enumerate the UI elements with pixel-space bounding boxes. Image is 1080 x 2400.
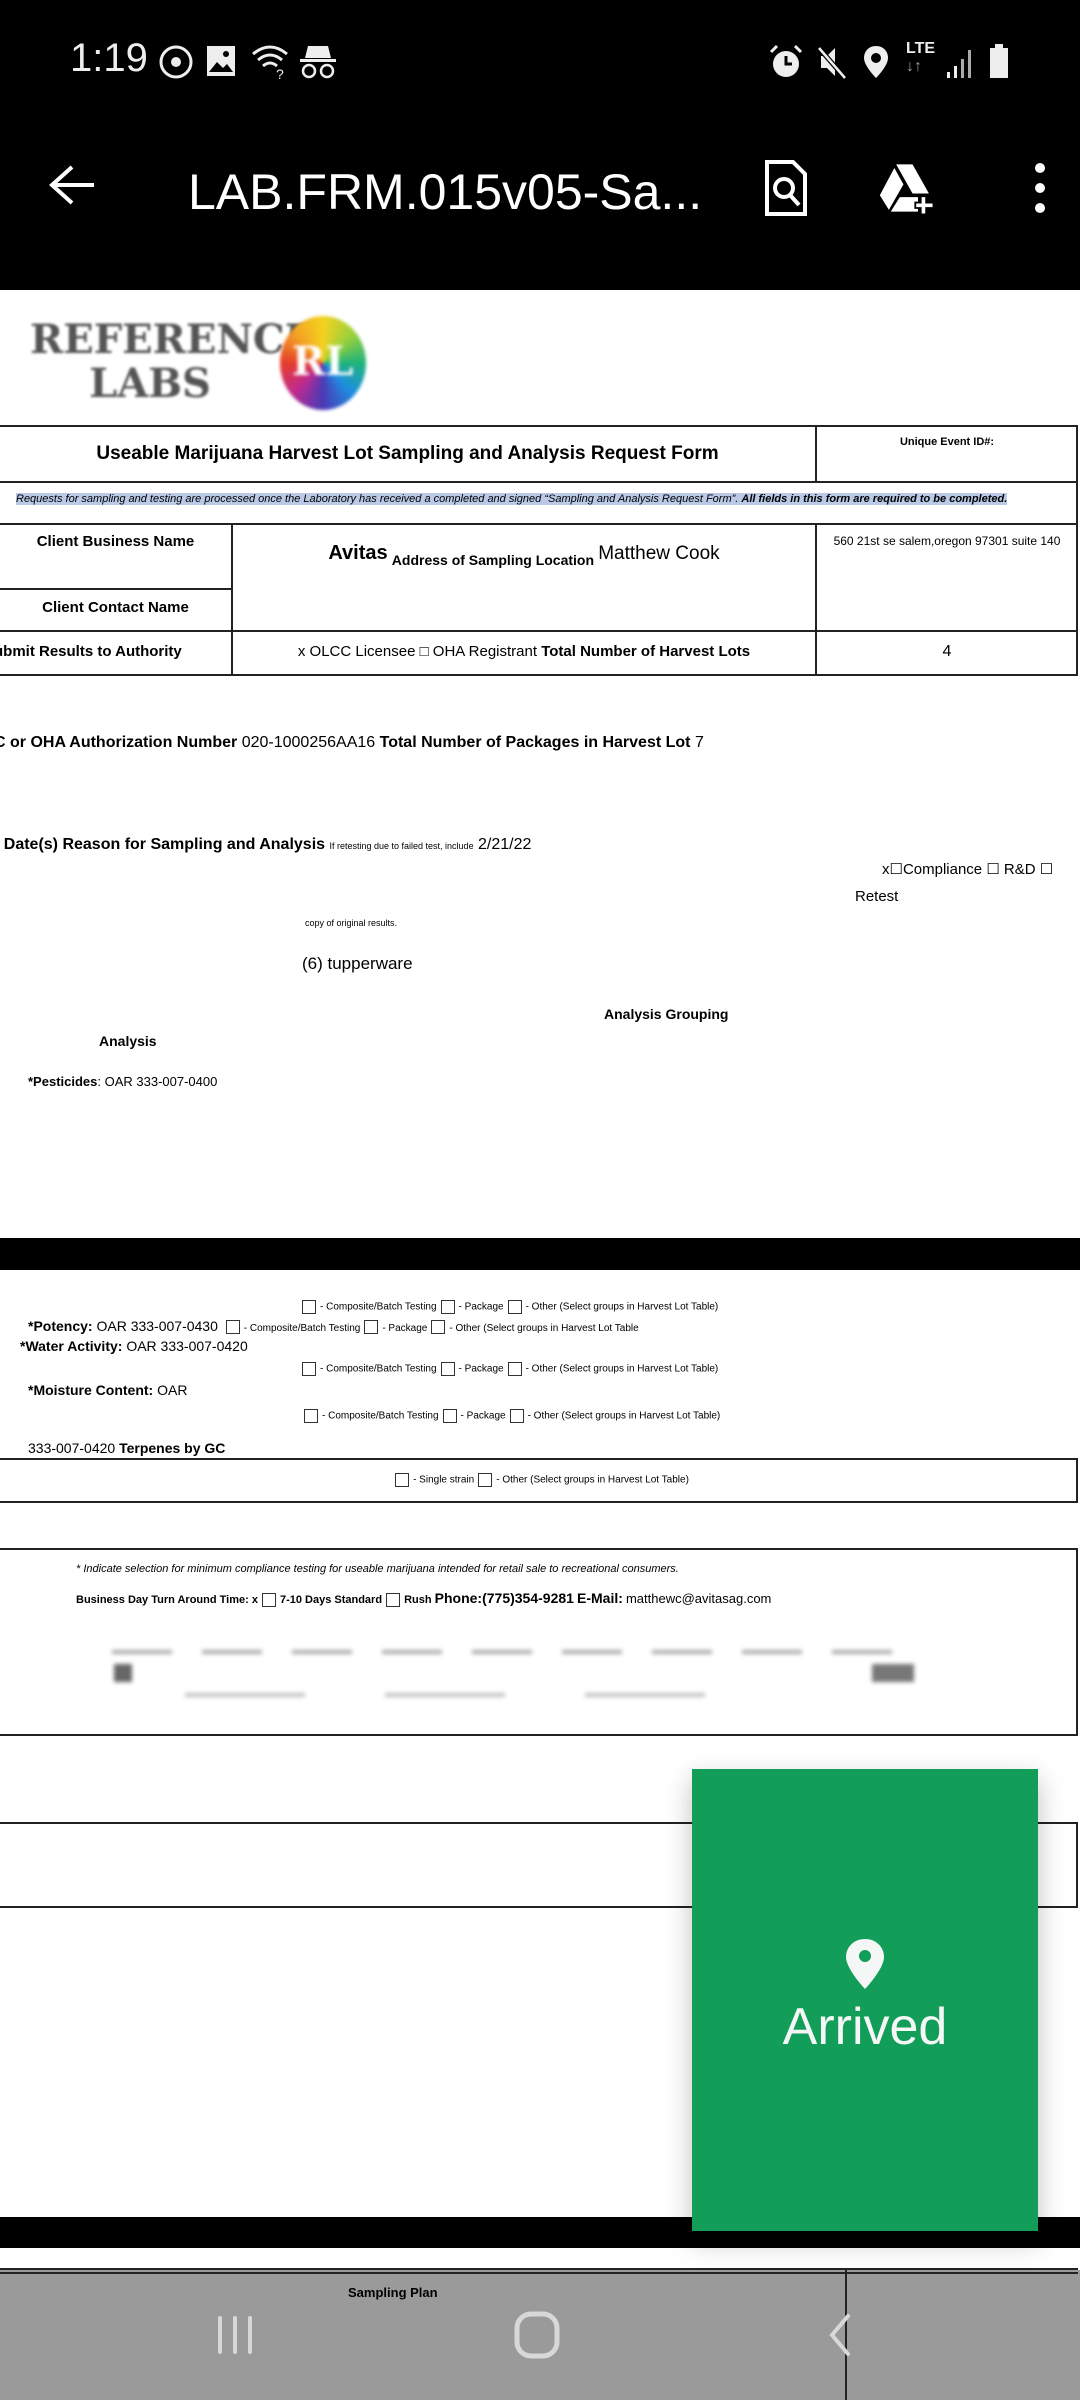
image-icon bbox=[205, 44, 237, 78]
find-in-document-icon[interactable] bbox=[756, 158, 816, 218]
footnote-box bbox=[0, 1548, 1078, 1736]
compliance-footnote: * Indicate selection for minimum complia… bbox=[76, 1563, 679, 1575]
recent-apps-icon[interactable] bbox=[210, 2310, 260, 2360]
more-options-icon[interactable] bbox=[1010, 158, 1070, 218]
location-pin-icon bbox=[844, 1937, 886, 1991]
client-business-field[interactable]: Avitas Address of Sampling Location Matt… bbox=[233, 542, 815, 565]
arrived-card[interactable]: Arrived bbox=[692, 1769, 1038, 2231]
app-bar: LAB.FRM.015v05-Sa... bbox=[0, 125, 1080, 290]
form-title: Useable Marijuana Harvest Lot Sampling a… bbox=[0, 443, 815, 465]
terpenes-row: 333-007-0420 Terpenes by GC bbox=[28, 1440, 225, 1456]
incognito-icon bbox=[298, 42, 338, 80]
client-contact-label: Client Contact Name bbox=[0, 599, 231, 616]
checkbox[interactable] bbox=[304, 1409, 318, 1423]
authority-field[interactable]: x OLCC Licensee □ OHA Registrant Total N… bbox=[233, 643, 815, 660]
terpenes-options[interactable]: - Single strain- Other (Select groups in… bbox=[0, 1473, 1080, 1487]
analysis-header: Analysis bbox=[99, 1033, 157, 1049]
sampling-address-field[interactable]: 560 21st se salem,oregon 97301 suite 140 bbox=[817, 534, 1077, 548]
checkbox[interactable] bbox=[508, 1300, 522, 1314]
moisture-content-row: *Moisture Content: OAR bbox=[28, 1382, 187, 1398]
reference-labs-logo-text: REFERENCE LABS bbox=[30, 318, 270, 406]
client-business-label: Client Business Name bbox=[0, 533, 231, 550]
checkbox[interactable] bbox=[443, 1409, 457, 1423]
arrived-label: Arrived bbox=[692, 1997, 1038, 2057]
form-notice: Requests for sampling and testing are pr… bbox=[16, 493, 1007, 505]
turnaround-contact-line[interactable]: Business Day Turn Around Time: x7-10 Day… bbox=[76, 1590, 771, 1607]
checkbox[interactable] bbox=[386, 1593, 400, 1607]
sampling-plan-label: Sampling Plan bbox=[348, 2285, 438, 2300]
status-bar: 1:19 ? LTE↓↑ bbox=[0, 0, 1080, 125]
pesticides-row: *Pesticides: OAR 333-007-0400 bbox=[28, 1074, 217, 1089]
grouping-options-row[interactable]: - Composite/Batch Testing- Package- Othe… bbox=[300, 1409, 720, 1423]
wifi-question-icon: ? bbox=[250, 42, 290, 80]
container-note[interactable]: (6) tupperware bbox=[302, 954, 413, 974]
svg-text:?: ? bbox=[276, 66, 284, 80]
checkbox[interactable] bbox=[431, 1320, 445, 1334]
reference-labs-logo-badge: RL bbox=[280, 316, 366, 410]
alarm-icon bbox=[768, 44, 804, 80]
checkbox[interactable] bbox=[478, 1473, 492, 1487]
total-lots-value[interactable]: 4 bbox=[817, 643, 1077, 661]
lte-icon: LTE↓↑ bbox=[906, 40, 935, 76]
mute-icon bbox=[815, 44, 849, 80]
location-icon bbox=[862, 44, 890, 80]
add-to-drive-icon[interactable] bbox=[878, 158, 938, 218]
checkbox[interactable] bbox=[262, 1593, 276, 1607]
water-activity-row: *Water Activity: OAR 333-007-0420 bbox=[20, 1338, 248, 1354]
copy-original-results-note: copy of original results. bbox=[305, 918, 397, 928]
reason-options[interactable]: x☐Compliance ☐ R&D ☐ bbox=[882, 860, 1053, 878]
blurred-text bbox=[112, 1650, 922, 1654]
home-icon[interactable] bbox=[513, 2310, 563, 2360]
back-arrow-icon[interactable] bbox=[48, 163, 98, 207]
blurred-text bbox=[114, 1664, 132, 1682]
analysis-grouping-header: Analysis Grouping bbox=[604, 1006, 728, 1022]
blurred-text bbox=[872, 1664, 914, 1682]
back-icon[interactable] bbox=[820, 2310, 860, 2360]
unique-event-id-label: Unique Event ID#: bbox=[817, 436, 1077, 448]
blurred-text bbox=[185, 1693, 765, 1697]
grouping-options-row[interactable]: - Composite/Batch Testing- Package- Othe… bbox=[298, 1362, 718, 1376]
authorization-number-line[interactable]: C or OHA Authorization Number 020-100025… bbox=[0, 734, 704, 752]
page-break bbox=[0, 1238, 1080, 1270]
battery-icon bbox=[988, 42, 1010, 80]
checkbox[interactable] bbox=[508, 1362, 522, 1376]
potency-row[interactable]: *Potency: OAR 333-007-0430 - Composite/B… bbox=[28, 1318, 639, 1334]
status-time: 1:19 bbox=[70, 36, 148, 81]
grouping-options-row[interactable]: - Composite/Batch Testing- Package- Othe… bbox=[298, 1300, 718, 1314]
document-title: LAB.FRM.015v05-Sa... bbox=[188, 163, 702, 221]
reason-retest-option[interactable]: Retest bbox=[855, 888, 898, 905]
checkbox[interactable] bbox=[395, 1473, 409, 1487]
checkbox[interactable] bbox=[302, 1362, 316, 1376]
media-playing-icon bbox=[158, 44, 194, 80]
checkbox[interactable] bbox=[226, 1320, 240, 1334]
navigation-bar: Sampling Plan bbox=[0, 2270, 1080, 2400]
checkbox[interactable] bbox=[441, 1300, 455, 1314]
checkbox[interactable] bbox=[302, 1300, 316, 1314]
checkbox[interactable] bbox=[510, 1409, 524, 1423]
checkbox[interactable] bbox=[441, 1362, 455, 1376]
checkbox[interactable] bbox=[364, 1320, 378, 1334]
lot-dates-reason-line[interactable]: t Date(s) Reason for Sampling and Analys… bbox=[0, 836, 531, 854]
submit-results-label: ubmit Results to Authority bbox=[0, 643, 182, 660]
signal-icon bbox=[945, 46, 975, 80]
